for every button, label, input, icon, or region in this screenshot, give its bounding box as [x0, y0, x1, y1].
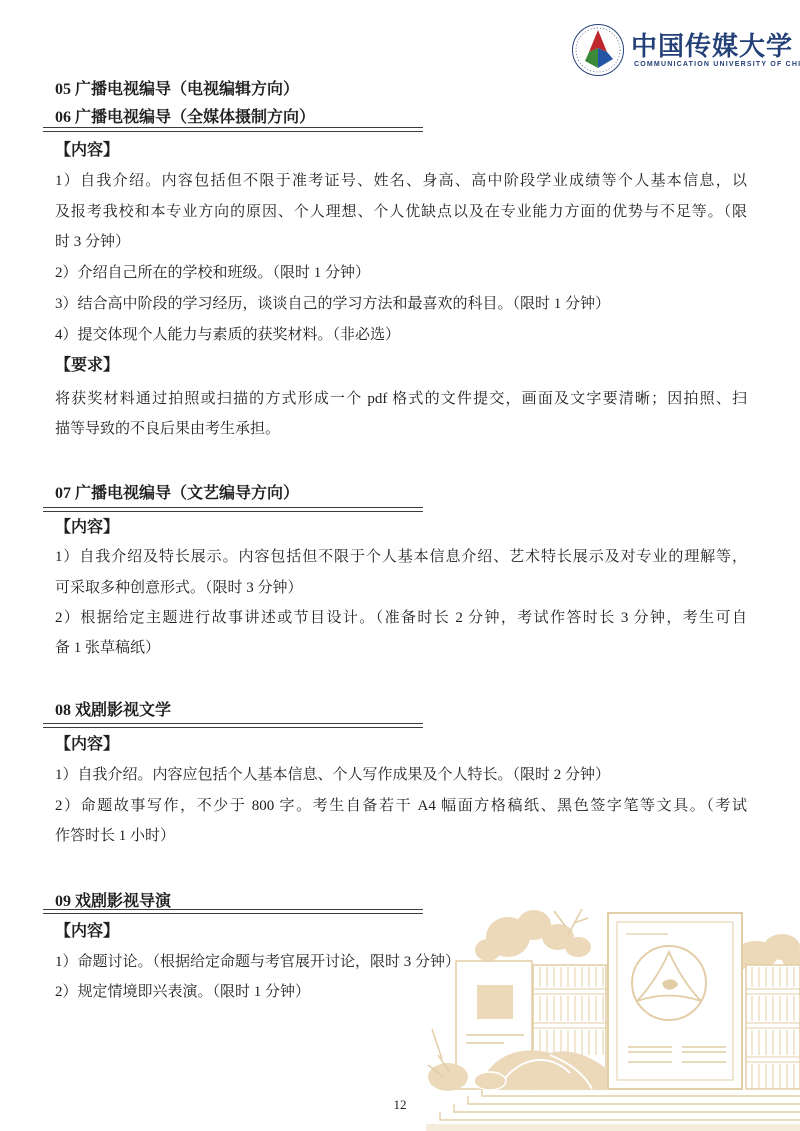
text-line: 将获奖材料通过拍照或扫描的方式形成一个 pdf 格式的文件提交，画面及文字要清晰…: [55, 389, 747, 409]
university-name-en: COMMUNICATION UNIVERSITY OF CHINA: [634, 61, 794, 68]
text-line: 1）自我介绍。内容应包括个人基本信息、个人写作成果及个人特长。（限时 2 分钟）: [55, 765, 747, 785]
section-06-title: 06 广播电视编导（全媒体摄制方向）: [55, 108, 747, 128]
text-line: 2）介绍自己所在的学校和班级。（限时 1 分钟）: [55, 263, 747, 283]
text-line: 备 1 张草稿纸）: [55, 638, 747, 658]
section-06-underline: [43, 127, 423, 132]
section-06-requirement-label: 【要求】: [55, 356, 747, 376]
section-05-title: 05 广播电视编导（电视编辑方向）: [55, 80, 747, 100]
text-line: 1）自我介绍及特长展示。内容包括但不限于个人基本信息介绍、艺术特长展示及对专业的…: [55, 547, 747, 567]
section-06-content-label: 【内容】: [55, 141, 747, 161]
document-content: 中国传媒大学 COMMUNICATION UNIVERSITY OF CHINA…: [0, 0, 800, 1131]
cuc-seal-icon: [571, 23, 625, 77]
text-line: 2）根据给定主题进行故事讲述或节目设计。（准备时长 2 分钟，考试作答时长 3 …: [55, 608, 747, 628]
text-line: 4）提交体现个人能力与素质的获奖材料。（非必选）: [55, 325, 747, 345]
document-page: 中国传媒大学 COMMUNICATION UNIVERSITY OF CHINA…: [0, 0, 800, 1131]
text-line: 作答时长 1 小时）: [55, 826, 747, 846]
text-line: 3）结合高中阶段的学习经历，谈谈自己的学习方法和最喜欢的科目。（限时 1 分钟）: [55, 294, 747, 314]
section-08-title: 08 戏剧影视文学: [55, 701, 747, 721]
text-line: 1）自我介绍。内容包括但不限于准考证号、姓名、身高、高中阶段学业成绩等个人基本信…: [55, 171, 747, 191]
section-07-underline: [43, 507, 423, 512]
text-line: 2）命题故事写作，不少于 800 字。考生自备若干 A4 幅面方格稿纸、黑色签字…: [55, 796, 747, 816]
section-09-content-label: 【内容】: [55, 922, 747, 942]
text-line: 2）规定情境即兴表演。（限时 1 分钟）: [55, 982, 747, 1002]
section-08-content-label: 【内容】: [55, 735, 747, 755]
section-08-underline: [43, 723, 423, 728]
text-line: 1）命题讨论。（根据给定命题与考官展开讨论，限时 3 分钟）: [55, 952, 747, 972]
section-07-title: 07 广播电视编导（文艺编导方向）: [55, 484, 747, 504]
text-line: 可采取多种创意形式。（限时 3 分钟）: [55, 578, 747, 598]
text-line: 时 3 分钟）: [55, 232, 747, 252]
university-name-zh: 中国传媒大学: [631, 26, 771, 63]
text-line: 及报考我校和本专业方向的原因、个人理想、个人优缺点以及在专业能力方面的优势与不足…: [55, 202, 747, 222]
page-number: 12: [0, 1097, 800, 1113]
text-line: 描等导致的不良后果由考生承担。: [55, 419, 747, 439]
section-09-underline: [43, 909, 423, 914]
section-07-content-label: 【内容】: [55, 518, 747, 538]
